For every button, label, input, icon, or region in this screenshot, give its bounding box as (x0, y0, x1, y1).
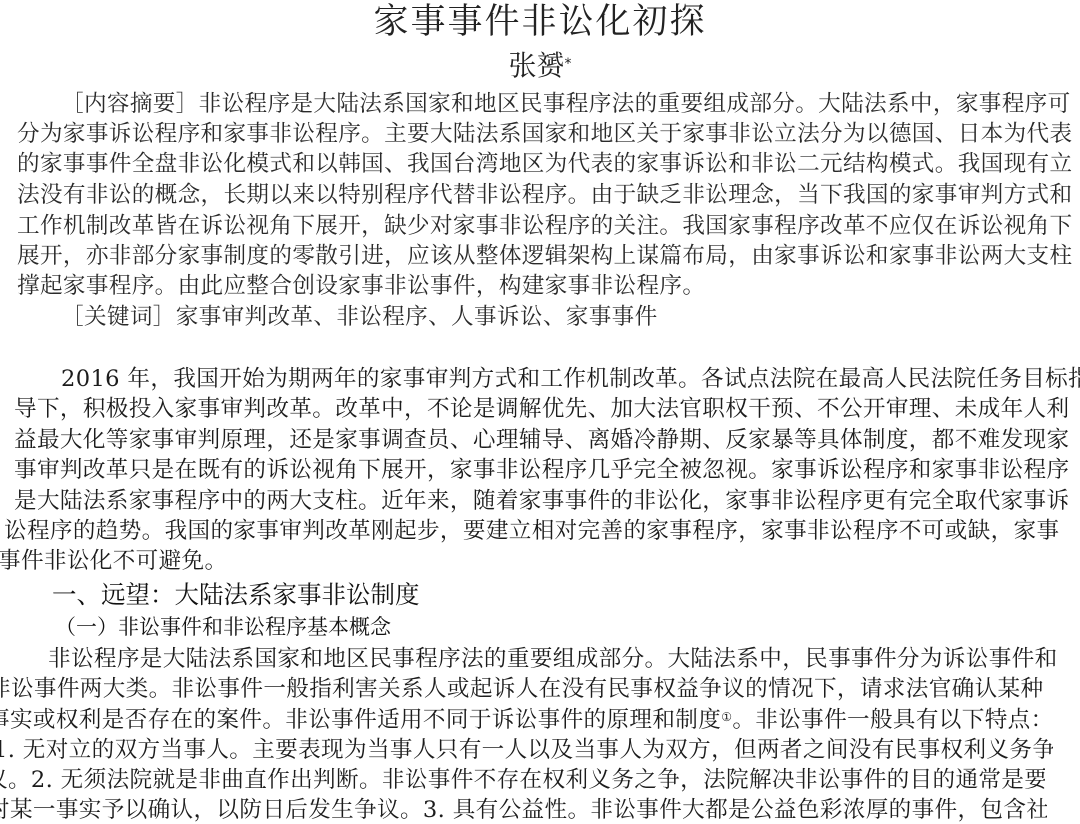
keywords-label: ［关键词］ (61, 304, 176, 330)
subsection-heading: （一）非讼事件和非讼程序基本概念 (55, 613, 391, 641)
body-line: 是大陆法系家事程序中的两大支柱。近年来，随着家事事件的非讼化，家事非讼程序更有完… (14, 487, 1074, 515)
abstract-line: 分为家事诉讼程序和家事非讼程序。主要大陆法系国家和地区关于家事非讼立法分为以德国… (17, 120, 1077, 148)
abstract-line: 法没有非讼的概念，长期以来以特别程序代替非讼程序。由于缺乏非讼理念，当下我国的家… (17, 181, 1077, 209)
body-line: 1. 无对立的双方当事人。主要表现为当事人只有一人以及当事人为双方，但两者之间没… (0, 736, 1053, 764)
section-heading: 一、远望：大陆法系家事非讼制度 (52, 579, 420, 611)
body-line: 非讼事件两大类。非讼事件一般指利害关系人或起诉人在没有民事权益争议的情况下，请求… (0, 675, 1048, 703)
abstract-label: ［内容摘要］ (61, 91, 199, 117)
abstract-line: 工作机制改革皆在诉讼视角下展开，缺少对家事非讼程序的关注。我国家事程序改革不应仅… (17, 212, 1077, 240)
body-line: 讼程序的趋势。我国的家事审判改革刚起步，要建立相对完善的家事程序，家事非讼程序不… (4, 517, 1064, 545)
body-line: 事审判改革只是在既有的诉讼视角下展开，家事非讼程序几乎完全被忽视。家事诉讼程序和… (14, 456, 1074, 484)
footnote-marker[interactable]: ① (721, 710, 732, 724)
abstract-line: 的家事事件全盘非讼化模式和以韩国、我国台湾地区为代表的家事诉讼和非讼二元结构模式… (17, 150, 1077, 178)
author-name: 张赟 (508, 49, 564, 82)
body-line: 导下，积极投入家事审判改革。改革中，不论是调解优先、加大法官职权干预、不公开审理… (14, 395, 1074, 423)
keywords-line: ［关键词］家事审判改革、非讼程序、人事诉讼、家事事件 (17, 303, 1077, 331)
body-line: 议。2. 无须法院就是非曲直作出判断。非讼事件不存在权利义务之争，法院解决非讼事… (0, 766, 1045, 794)
body-line: 益最大化等家事审判原理，还是家事调查员、心理辅导、离婚冷静期、反家暴等具体制度，… (14, 426, 1074, 454)
paper-title: 家事事件非讼化初探 (0, 0, 1080, 44)
body-line: 对某一事实予以确认，以防日后发生争议。3. 具有公益性。非讼事件大都是公益色彩浓… (0, 796, 1047, 824)
body-line: 事实或权利是否存在的案件。非讼事件适用不同于诉讼事件的原理和制度①。非讼事件一般… (0, 706, 1047, 734)
author: 张赟* (0, 48, 1080, 84)
abstract-line: 撑起家事程序。由此应整合创设家事非讼事件，构建家事非讼程序。 (17, 272, 1077, 300)
abstract-line: 展开，亦非部分家事制度的零散引进，应该从整体逻辑架构上谋篇布局，由家事诉讼和家事… (17, 242, 1077, 270)
body-line: 事件非讼化不可避免。 (0, 547, 1058, 575)
author-footnote-mark: * (565, 56, 572, 72)
keywords-text: 家事审判改革、非讼程序、人事诉讼、家事事件 (176, 304, 658, 330)
body-line: 非讼程序是大陆法系国家和地区民事程序法的重要组成部分。大陆法系中，民事事件分为诉… (48, 645, 1080, 673)
body-line: 2016 年，我国开始为期两年的家事审判方式和工作机制改革。各试点法院在最高人民… (61, 365, 1080, 393)
abstract-line: ［内容摘要］非讼程序是大陆法系国家和地区民事程序法的重要组成部分。大陆法系中，家… (17, 90, 1077, 118)
